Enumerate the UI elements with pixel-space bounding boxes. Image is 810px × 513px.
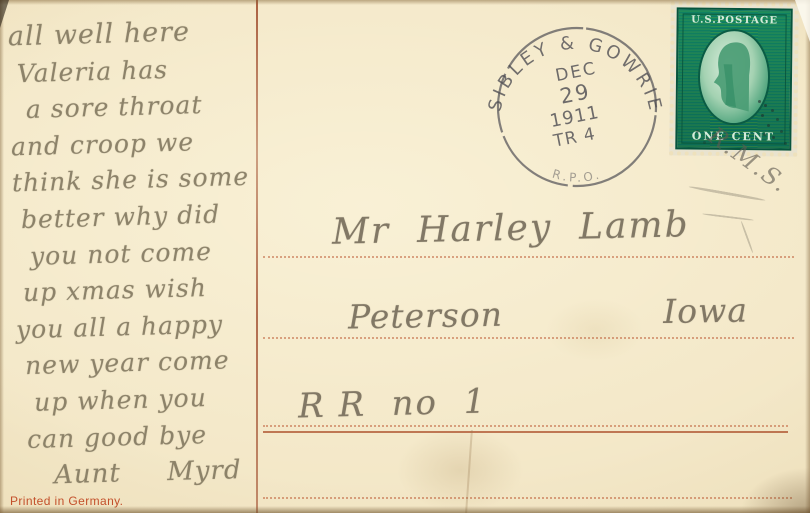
address-rule-4 [263, 497, 792, 499]
address-city-state: Peterson Iowa [348, 291, 749, 337]
card-edge-right [805, 0, 810, 513]
message-line: better why did [13, 196, 254, 239]
pencil-scrawl [702, 213, 754, 221]
pencil-scrawl [688, 185, 765, 201]
postcard-back: all well here Valeria has a sore throat … [0, 0, 810, 513]
postmark-cancel: SIBLEY & GOWRIE R.P.O. DEC 29 1911 TR 4 [477, 7, 677, 207]
address-rule-2 [263, 337, 794, 339]
message-signature: Aunt Myrd [20, 452, 261, 495]
postmark-svg: SIBLEY & GOWRIE R.P.O. DEC 29 1911 TR 4 [477, 7, 677, 207]
paper-crease [465, 430, 473, 513]
message-line: new year come [17, 342, 258, 385]
pencil-scrawl [740, 221, 754, 254]
address-state: Iowa [663, 291, 748, 331]
cancellation-ink-specks [758, 100, 761, 103]
corner-shadow [740, 467, 810, 513]
divider-line [256, 0, 258, 513]
stamp-face: U.S.POSTAGE ONE CENT [675, 7, 792, 150]
card-edge-left [0, 0, 4, 513]
franklin-silhouette [700, 31, 765, 120]
address-rule-3-solid [263, 431, 788, 433]
address-city: Peterson [348, 295, 504, 337]
address-recipient: Mr Harley Lamb [332, 204, 690, 252]
handwritten-message: all well here Valeria has a sore throat … [7, 13, 260, 495]
postage-stamp: U.S.POSTAGE ONE CENT [675, 7, 792, 150]
address-rule-1 [263, 256, 794, 258]
stamp-country-label: U.S.POSTAGE [679, 14, 791, 27]
card-edge-bottom [0, 506, 810, 513]
card-edge-top [0, 0, 810, 5]
address-route: R R no 1 [298, 382, 488, 427]
